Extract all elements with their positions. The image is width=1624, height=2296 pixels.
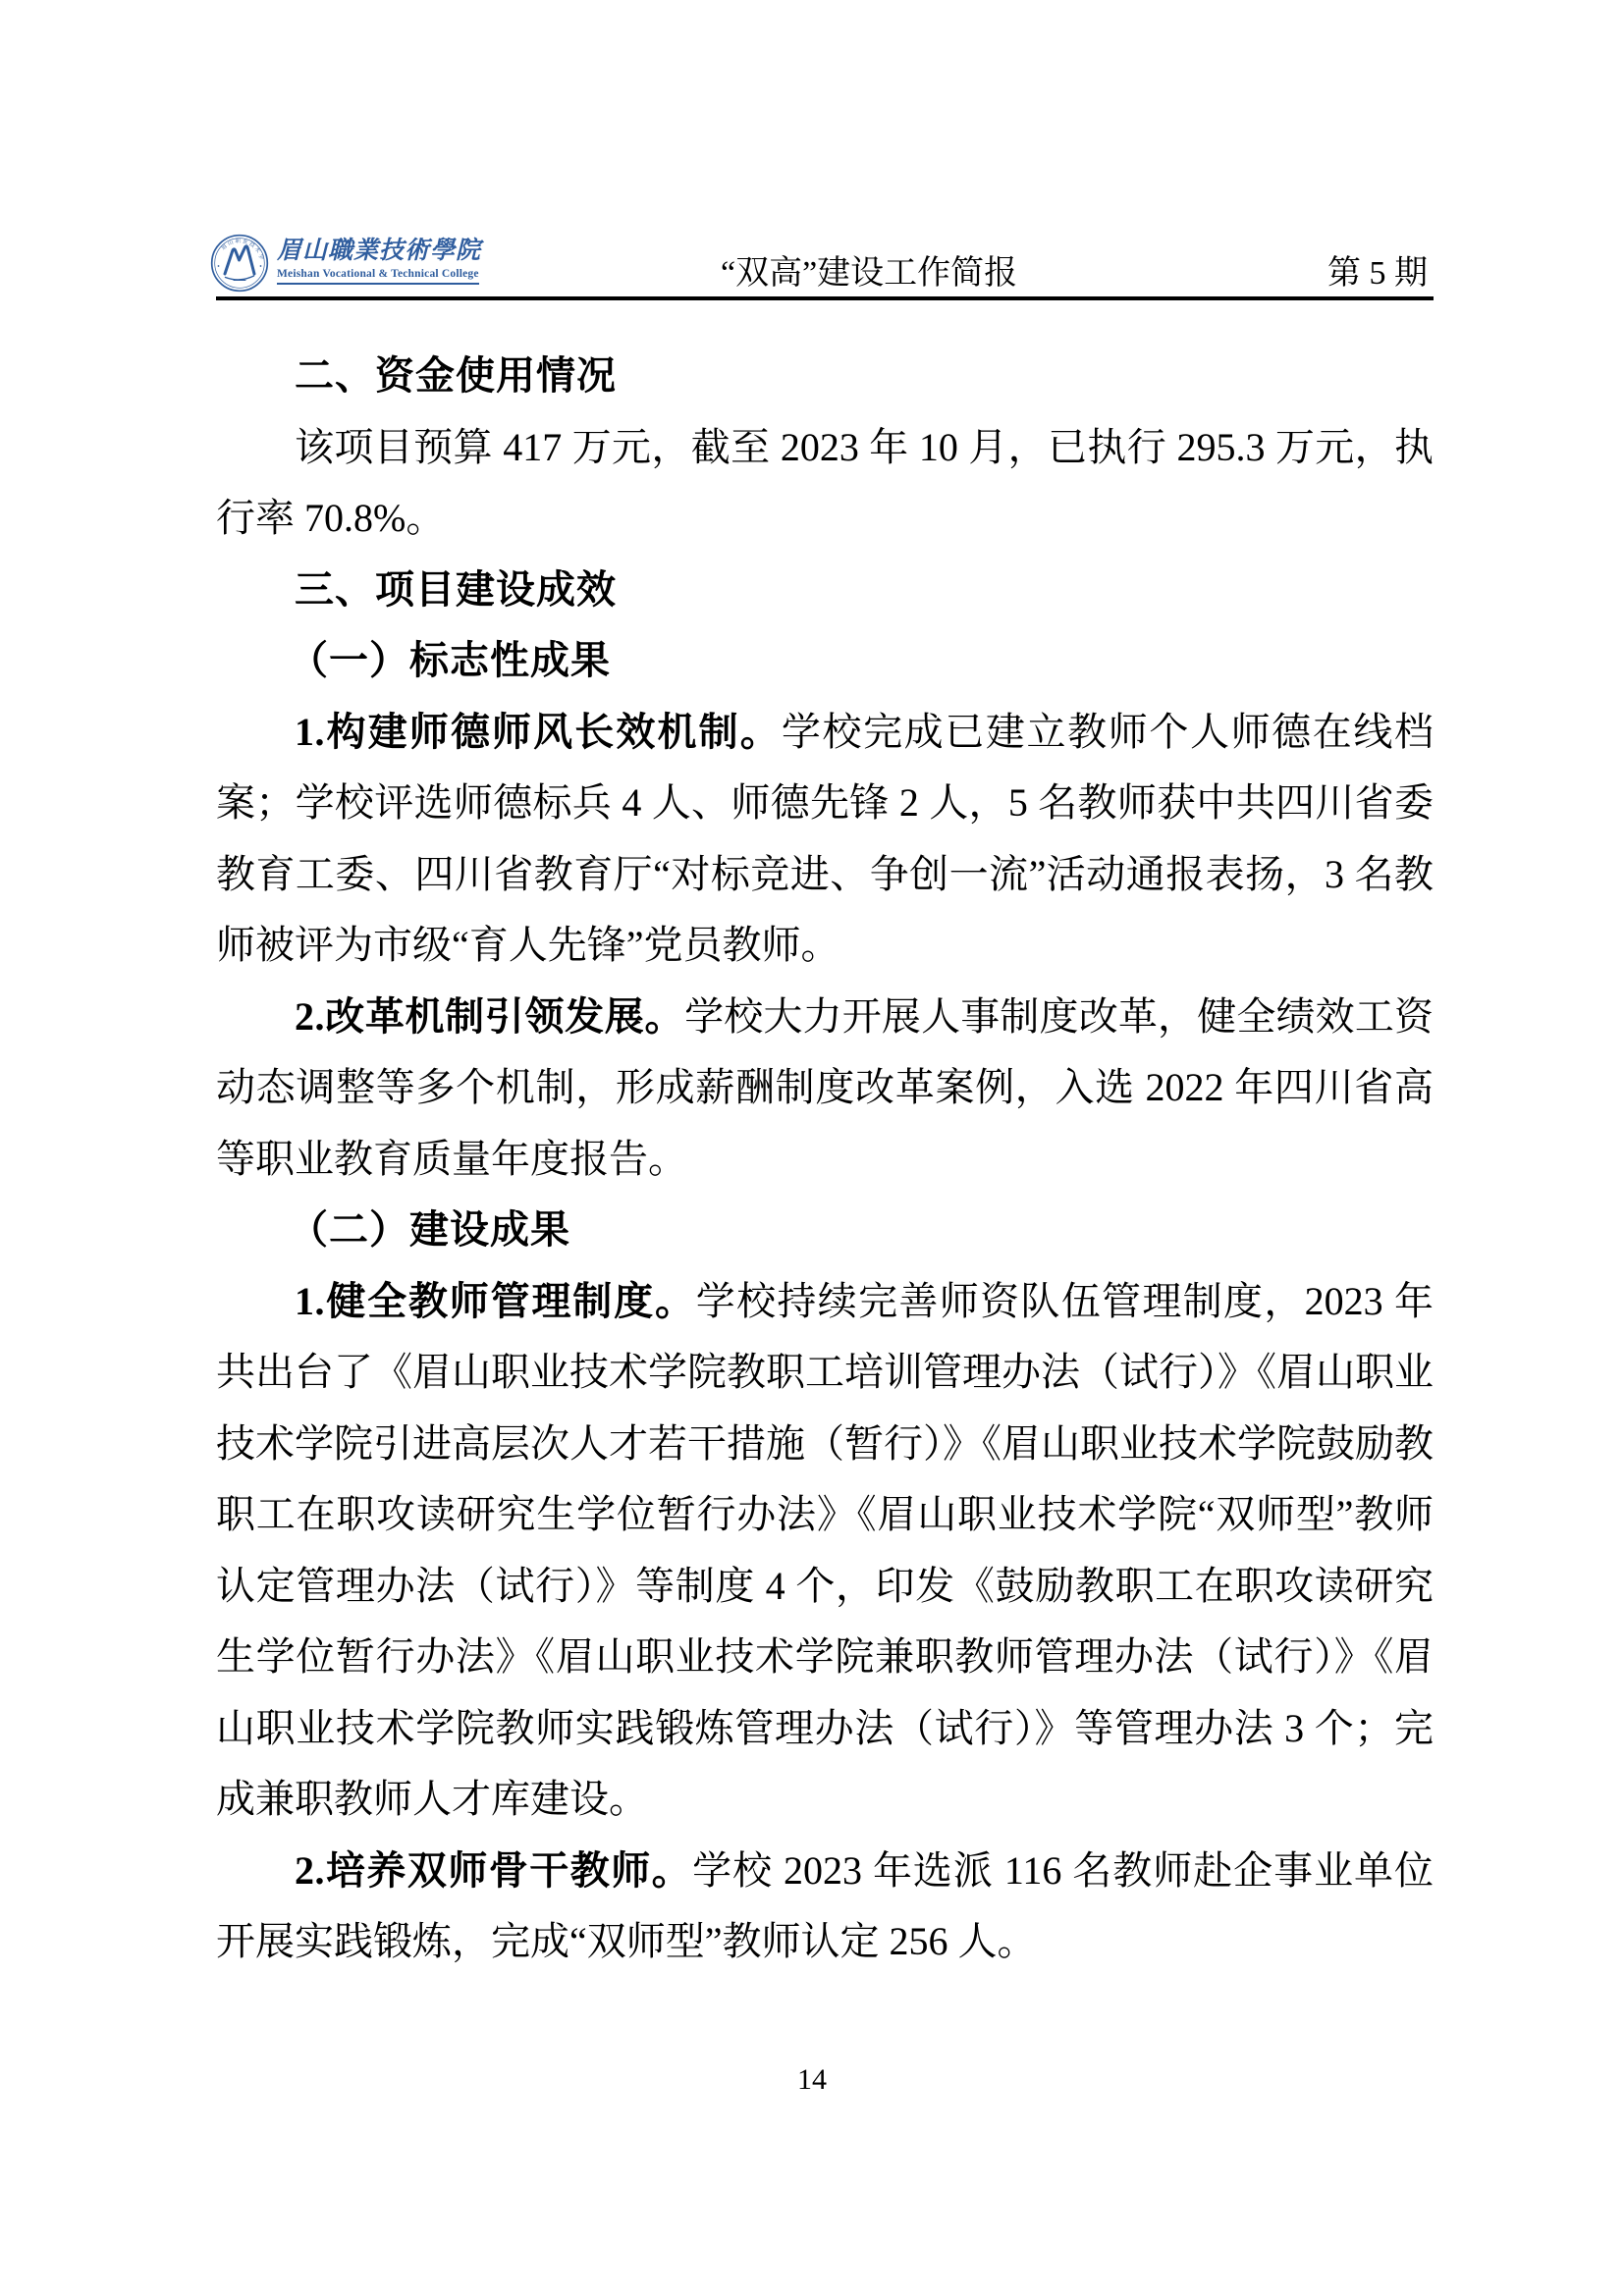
school-name-en: Meishan Vocational & Technical College — [277, 268, 479, 285]
paragraph-reform-mechanism: 2.改革机制引领发展。学校大力开展人事制度改革，健全绩效工资动态调整等多个机制，… — [216, 982, 1434, 1196]
paragraph-budget: 该项目预算 417 万元，截至 2023 年 10 月，已执行 295.3 万元… — [216, 412, 1434, 555]
section-heading-results: 三、项目建设成效 — [216, 555, 1434, 626]
bulletin-title: “双高”建设工作简报 — [721, 257, 1017, 291]
document-body: 二、资金使用情况该项目预算 417 万元，截至 2023 年 10 月，已执行 … — [216, 341, 1434, 1978]
section-heading-funding: 二、资金使用情况 — [216, 341, 1434, 412]
paragraph-lead: 2.培养双师骨干教师。 — [295, 1848, 692, 1893]
page-header: 眉山职业技术学院 眉山職業技術學院 Meishan Vocational & T… — [216, 234, 1434, 296]
school-logo: 眉山職業技術學院 Meishan Vocational & Technical … — [277, 238, 481, 285]
document-page: 眉山职业技术学院 眉山職業技術學院 Meishan Vocational & T… — [0, 0, 1624, 2296]
page-footer: 14 — [0, 2063, 1624, 2097]
subsection-heading-construction-results: （二）建设成果 — [216, 1195, 1434, 1266]
paragraph-lead: 2.改革机制引领发展。 — [295, 994, 684, 1039]
paragraph-lead: 1.健全教师管理制度。 — [295, 1279, 696, 1323]
subsection-heading-landmark-results: （一）标志性成果 — [216, 625, 1434, 697]
paragraph-teacher-ethics: 1.构建师德师风长效机制。学校完成已建立教师个人师德在线档案；学校评选师德标兵 … — [216, 697, 1434, 982]
paragraph-teacher-management: 1.健全教师管理制度。学校持续完善师资队伍管理制度，2023 年共出台了《眉山职… — [216, 1266, 1434, 1836]
school-seal-icon: 眉山职业技术学院 — [210, 234, 269, 293]
page-number: 14 — [797, 2063, 827, 2096]
issue-number: 第 5 期 — [1327, 257, 1428, 291]
school-name-cn: 眉山職業技術學院 — [277, 238, 481, 264]
paragraph-lead: 1.构建师德师风长效机制。 — [295, 710, 782, 754]
header-divider — [216, 296, 1434, 300]
paragraph-dual-qualified-teachers: 2.培养双师骨干教师。学校 2023 年选派 116 名教师赴企事业单位开展实践… — [216, 1836, 1434, 1978]
